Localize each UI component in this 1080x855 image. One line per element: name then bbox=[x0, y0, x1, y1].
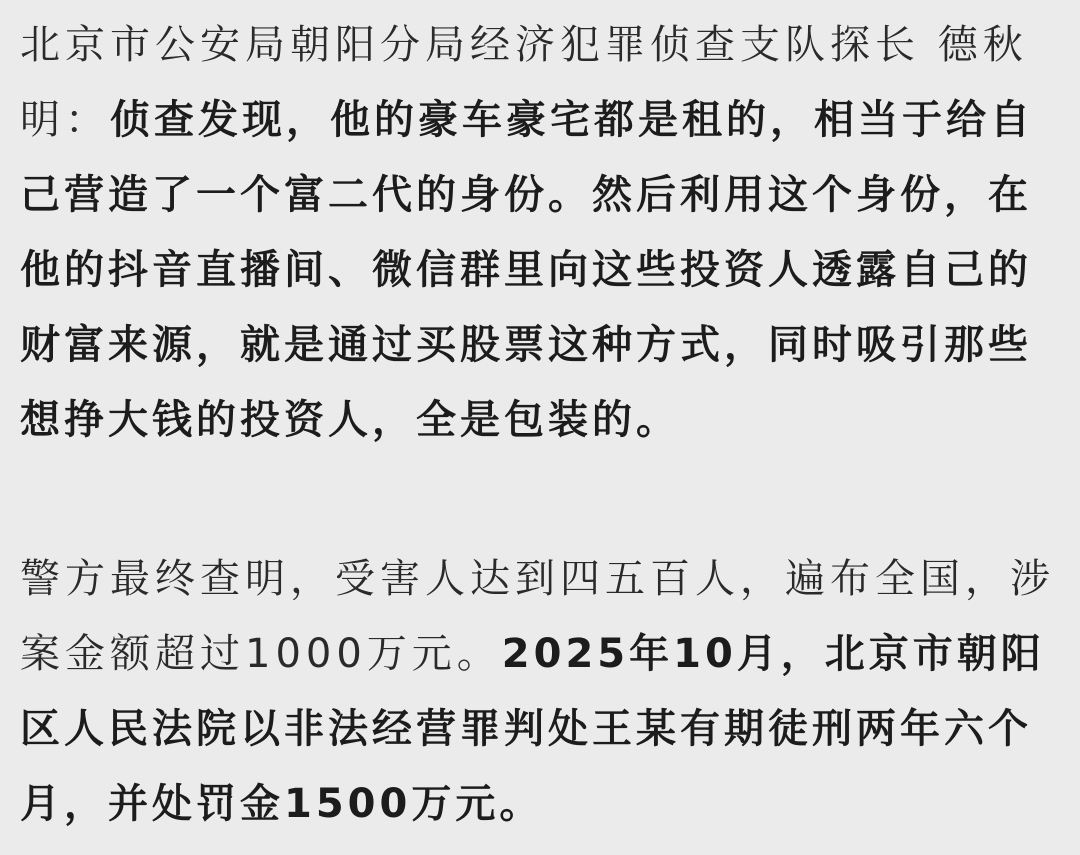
quote-text: 侦查发现，他的豪车豪宅都是租的，相当于给自己营造了一个富二代的身份。然后利用这个… bbox=[20, 97, 1034, 443]
paragraph-case-outcome: 警方最终查明，受害人达到四五百人，遍布全国，涉案金额超过1000万元。2025年… bbox=[20, 542, 1070, 842]
paragraph-investigator-quote: 北京市公安局朝阳分局经济犯罪侦查支队探长 德秋明：侦查发现，他的豪车豪宅都是租的… bbox=[20, 8, 1070, 458]
